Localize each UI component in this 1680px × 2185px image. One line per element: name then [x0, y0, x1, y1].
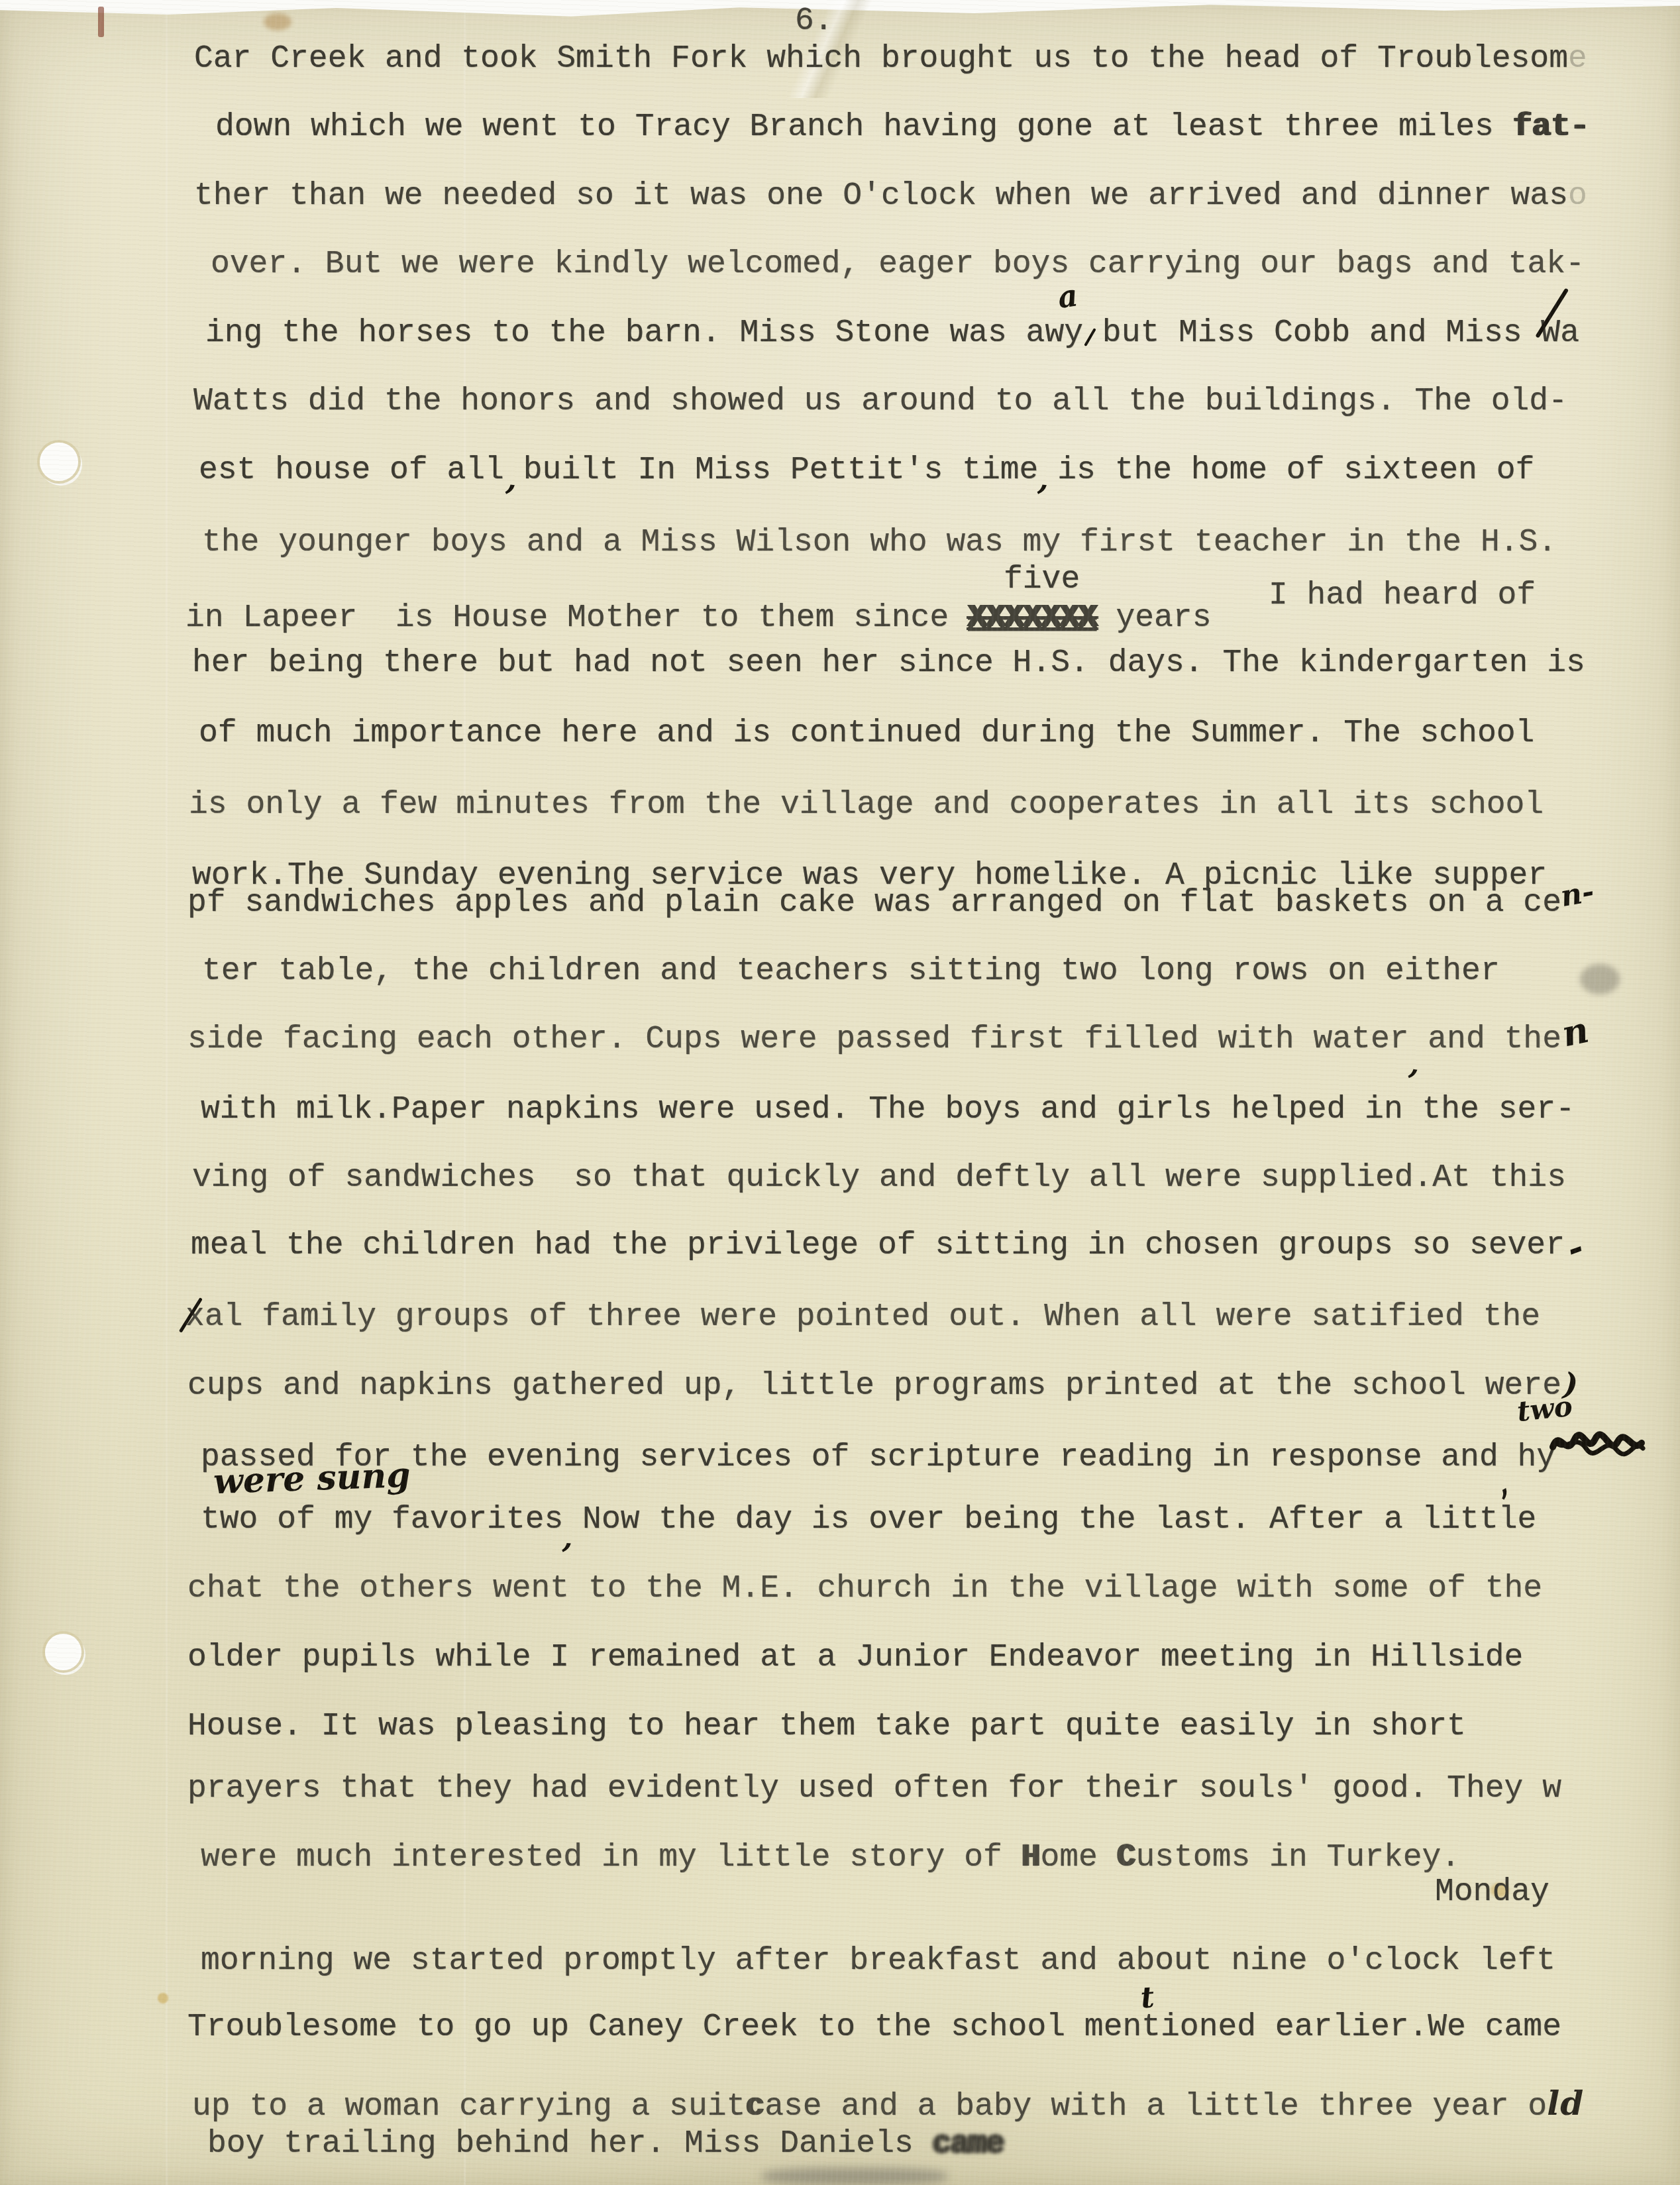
typed-text-segment: came — [933, 2126, 1004, 2162]
typed-text-segment: I had heard of — [1269, 578, 1536, 613]
typed-text-segment: Troublesome to go up Caney Creek to the … — [187, 2009, 1561, 2045]
typed-text-segment: up to a woman carrying a suit — [192, 2089, 745, 2125]
typed-text-segment: boy trailing behind her. Miss Daniels — [207, 2126, 933, 2162]
typed-text-segment: c — [745, 2089, 764, 2125]
typed-text-segment: ving of sandwiches so that quickly and d… — [192, 1160, 1566, 1196]
typed-text-segment: years — [1097, 600, 1212, 636]
typed-line: House. It was pleasing to hear them take… — [187, 1711, 1466, 1742]
typed-text-segment: est house of all built In Miss Pettit's … — [199, 453, 1534, 488]
typed-line: prayers that they had evidently used oft… — [187, 1773, 1561, 1805]
typed-line: Car Creek and took Smith Fork which brou… — [194, 43, 1587, 75]
typed-text-segment: is only a few minutes from the village a… — [189, 787, 1544, 823]
pen-two: two — [1516, 1393, 1574, 1426]
typed-text-segment: House. It was pleasing to hear them take… — [187, 1709, 1466, 1744]
paper-fold-line — [166, 0, 168, 2185]
typed-line: down which we went to Tracy Branch havin… — [215, 111, 1589, 143]
typed-line: up to a woman carrying a suitcase and a … — [192, 2087, 1584, 2123]
pen-n-after-ce: n- — [1559, 877, 1597, 912]
typed-text-segment: in Lapeer is House Mother to them since — [185, 600, 968, 636]
typed-text-segment: pf sandwiches apples and plain cake was … — [187, 885, 1561, 921]
typed-inserted-five: five — [1004, 564, 1080, 596]
typed-line: over. But we were kindly welcomed, eager… — [211, 248, 1585, 280]
typed-line: pf sandwiches apples and plain cake was … — [187, 887, 1561, 919]
typed-text-segment: down which we went to Tracy Branch havin… — [215, 109, 1513, 145]
typed-line: cups and napkins gathered up, little pro… — [187, 1370, 1561, 1402]
typed-text-segment: side facing each other. Cups were passed… — [187, 1022, 1561, 1057]
typed-text-segment: cups and napkins gathered up, little pro… — [187, 1368, 1561, 1404]
typed-text-segment: ing the horses to the barn. Miss Stone w… — [205, 315, 1541, 351]
typed-text-segment: two of my favorites Now the day is over … — [201, 1502, 1536, 1538]
typed-text-segment: ther than we needed so it was one O'cloc… — [194, 178, 1568, 214]
scanned-typewritten-page: { "page_number": "6.", "colors": { "pape… — [0, 0, 1680, 2185]
typed-text-segment: older pupils while I remained at a Junio… — [187, 1640, 1523, 1676]
typed-text-segment: o — [1568, 178, 1587, 214]
typed-line: meal the children had the privilege of s… — [191, 1230, 1565, 1261]
typed-line: est house of all built In Miss Pettit's … — [199, 454, 1534, 486]
typed-text-segment: chat the others went to the M.E. church … — [187, 1571, 1542, 1607]
typed-line: is only a few minutes from the village a… — [189, 789, 1544, 821]
typed-text-segment: fat- — [1513, 109, 1589, 145]
page-number: 6. — [795, 5, 833, 37]
typed-text-segment: over. But we were kindly welcomed, eager… — [211, 246, 1585, 282]
typed-text-segment: morning we started promptly after breakf… — [201, 1943, 1555, 1979]
typed-text-segment: C — [1117, 1840, 1136, 1876]
typed-text-segment: ld — [1547, 2084, 1584, 2123]
punch-hole-bottom — [45, 1634, 81, 1670]
typed-text-segment: H — [1022, 1840, 1041, 1876]
typed-line: ving of sandwiches so that quickly and d… — [192, 1162, 1566, 1194]
typed-line: morning we started promptly after breakf… — [201, 1945, 1555, 1977]
typed-line: were much interested in my little story … — [201, 1842, 1460, 1874]
typed-text-segment: of much importance here and is continued… — [199, 716, 1534, 751]
typed-text-segment: with milk.Paper napkins were used. The b… — [201, 1092, 1575, 1128]
typed-line: her being there but had not seen her sin… — [192, 647, 1585, 679]
typed-line: in Lapeer is House Mother to them since … — [185, 602, 1536, 634]
pen-scribble-hymns — [1549, 1424, 1648, 1462]
typed-text-segment: e — [1568, 41, 1587, 77]
typed-text-segment: her being there but had not seen her sin… — [192, 645, 1585, 681]
typed-line: ther than we needed so it was one O'cloc… — [194, 180, 1587, 212]
typed-text-segment: the younger boys and a Miss Wilson who w… — [202, 525, 1557, 560]
typed-text-segment: ase and a baby with a little three year … — [764, 2089, 1547, 2125]
typed-line: ing the horses to the barn. Miss Stone w… — [205, 317, 1579, 349]
typed-line: chat the others went to the M.E. church … — [187, 1573, 1542, 1605]
typed-text-segment: meal the children had the privilege of s… — [191, 1228, 1565, 1263]
typed-text-segment: Car Creek and took Smith Fork which brou… — [194, 41, 1568, 77]
typed-line: xal family groups of three were pointed … — [185, 1301, 1540, 1333]
typed-line: side facing each other. Cups were passed… — [187, 1024, 1561, 1055]
pen-were-sung: were sung — [213, 1458, 411, 1499]
typed-line: older pupils while I remained at a Junio… — [187, 1642, 1523, 1674]
typed-text-segment: XXXXXXX — [968, 600, 1097, 636]
typed-line: with milk.Paper napkins were used. The b… — [201, 1094, 1575, 1126]
pen-inserted-a: a — [1056, 280, 1080, 313]
typed-text-segment: ome — [1040, 1840, 1116, 1876]
typed-line: the younger boys and a Miss Wilson who w… — [202, 527, 1557, 559]
typed-line: of much importance here and is continued… — [199, 718, 1534, 749]
typed-line: Monday — [1435, 1876, 1549, 1908]
typed-text-segment: xal family groups of three were pointed … — [185, 1299, 1540, 1335]
typed-line: Watts did the honors and showed us aroun… — [193, 386, 1567, 417]
typed-text-segment: ustoms in Turkey. — [1135, 1840, 1460, 1876]
typed-text-segment: ter table, the children and teachers sit… — [202, 953, 1500, 989]
typed-line: boy trailing behind her. Miss Daniels ca… — [207, 2128, 1004, 2160]
typed-line: ter table, the children and teachers sit… — [202, 955, 1500, 987]
typed-text-segment — [1211, 600, 1268, 636]
typed-line: two of my favorites Now the day is over … — [201, 1504, 1536, 1536]
typed-text-segment: prayers that they had evidently used oft… — [187, 1771, 1561, 1807]
pen-t-mentioned: t — [1139, 1983, 1155, 2013]
typed-text-segment: Monday — [1435, 1874, 1549, 1910]
typed-text-segment: Watts did the honors and showed us aroun… — [193, 384, 1567, 419]
punch-hole-top — [40, 443, 78, 481]
typed-text-segment: were much interested in my little story … — [201, 1840, 1022, 1876]
typed-line: Troublesome to go up Caney Creek to the … — [187, 2011, 1561, 2043]
